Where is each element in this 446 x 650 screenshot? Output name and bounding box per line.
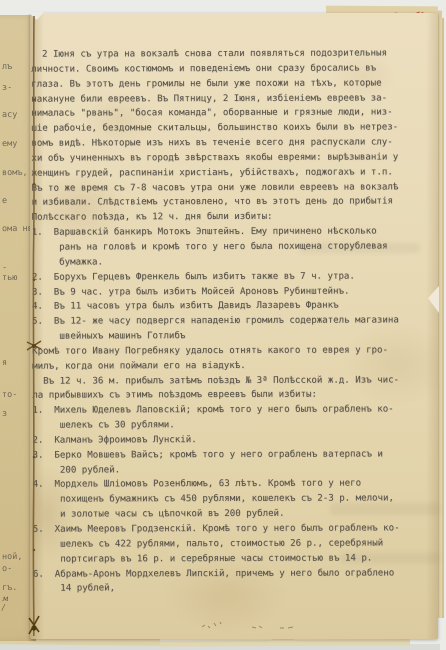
margin-fragment: ему: [2, 139, 17, 149]
text-line: 5. Хаимъ Мееровъ Гродзенскій. Кромѣ того…: [33, 521, 415, 537]
text-line: хи объ учиненныхъ въ городѣ звѣрствахъ я…: [31, 150, 413, 166]
text-line: 2. Калманъ Эфроимовъ Лунскій.: [32, 432, 414, 448]
margin-fragment: з: [2, 409, 7, 419]
text-line: 4. Мордхель Шліомовъ Розенблюмъ, 63 лѣтъ…: [33, 477, 415, 493]
text-line: ранъ на головѣ и кромѣ того у него была …: [32, 239, 414, 255]
margin-fragment: вомъ,: [2, 168, 28, 178]
text-line: 1. Михель Юделевъ Лаповскій; кромѣ того …: [32, 403, 414, 419]
margin-fragment: о-: [2, 564, 12, 574]
text-line: 1. Варшавскій банкиръ Мотокъ Эпштейнъ. Е…: [32, 224, 414, 240]
text-line: Полѣсскаго поѣзда, къ 12 ч. дня были изб…: [32, 210, 414, 226]
margin-fragment: м: [2, 594, 9, 603]
margin-fragment: гъ.: [2, 583, 17, 593]
text-line: бумажка.: [32, 254, 414, 270]
text-line: личности. Своимъ костюмомъ и поведеніемъ…: [31, 61, 413, 77]
margin-fragment: /: [2, 603, 5, 612]
margin-fragment: тью: [2, 273, 17, 283]
text-line: 2 Іюня съ утра на вокзалѣ снова стали по…: [31, 46, 413, 62]
margin-fragment: я: [2, 358, 7, 368]
text-line: и золотые часы съ цѣпочкой въ 200 рублей…: [33, 506, 415, 522]
typed-text-block: 2 Іюня съ утра на вокзалѣ снова стали по…: [31, 46, 415, 597]
margin-fragment: асу: [2, 110, 17, 120]
text-line: нималась "рвань", "босая команда", оборв…: [31, 106, 413, 122]
text-line: милъ, когда они поймали его на віадукѣ.: [32, 358, 414, 374]
text-line: шелекъ съ 422 рублями, пальто, стоимость…: [33, 536, 415, 552]
margin-fragment: ной,: [2, 552, 23, 562]
text-line: 14 рублей,: [33, 581, 415, 597]
text-line: 3. Въ 9 час. утра былъ избитъ Мойсей Аро…: [32, 284, 414, 300]
text-line: 6. Абрамъ-Аронъ Мордхелевъ Липскій, прич…: [33, 566, 415, 582]
margin-fragment: -: [2, 263, 7, 273]
pencil-marks: [196, 618, 316, 634]
text-line: 5. Въ 12- же часу подвергся нападенію гр…: [32, 314, 414, 330]
text-line: вомъ видѣ. Нѣкоторые изъ нихъ въ теченіе…: [31, 135, 413, 151]
text-line: шелекъ съ 30 рублями.: [32, 417, 414, 433]
text-line: Въ 12 ч. 36 м. прибылъ затѣмъ поѣздъ № 3…: [32, 373, 414, 389]
text-line: похищенъ бумажникъ съ 450 рублями, кошел…: [33, 492, 415, 508]
margin-fragment: лъ: [2, 62, 12, 72]
text-line: 200 рублей.: [32, 462, 414, 478]
text-line: Въ то же время съ 7-8 часовъ утра они уж…: [32, 180, 414, 196]
text-line: Кромѣ того Ивану Погребняку удалось отня…: [32, 343, 414, 359]
text-line: 3. Берко Мовшевъ Вайсъ; кромѣ того у нег…: [32, 447, 414, 463]
text-line: 4. Въ 11 часовъ утра былъ избитъ Давидъ …: [32, 299, 414, 315]
margin-fragment: з-: [2, 83, 12, 93]
text-line: шіе рабочіе, бездомные скитальцы, больши…: [31, 121, 413, 137]
text-line: женщинъ грудей, распинаніи христіанъ, уб…: [31, 165, 413, 181]
text-line: и избивали. Слѣдствіемъ установлено, что…: [32, 195, 414, 211]
margin-fragment: то-: [2, 390, 17, 400]
text-line: накануне били евреевъ. Въ Пятницу, 2 Іюн…: [31, 91, 413, 107]
photo-background: лъз-асуемувомъ,еома нв-тьюято-зной,о-гъ.…: [0, 0, 446, 650]
text-line: ла прибывшихъ съ этимъ поѣздомъ евреевъ …: [32, 388, 414, 404]
binding-thread: [26, 12, 42, 644]
text-line: глаза. Въ этотъ день громилы не были уже…: [31, 76, 413, 92]
margin-fragment: е: [2, 196, 7, 206]
text-line: портсигаръ въ 16 р. и серебряные часы ст…: [33, 551, 415, 567]
text-line: 2. Борухъ Герцевъ Френкель былъ избитъ т…: [32, 269, 414, 285]
text-line: швейныхъ машинъ Готлибъ: [32, 328, 414, 344]
